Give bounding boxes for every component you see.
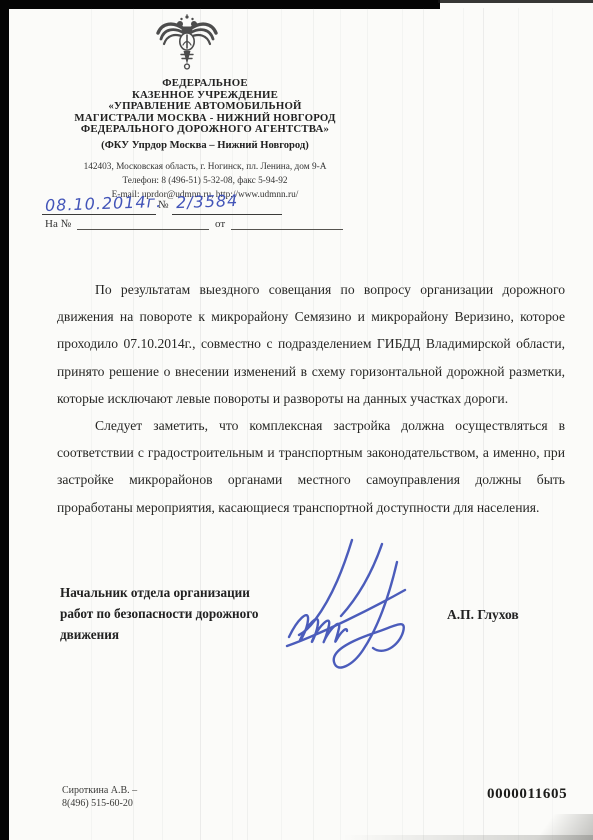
signer-position-title: Начальник отдела организации работ по бе… — [60, 582, 272, 645]
letter-body: По результатам выездного совещания по во… — [57, 276, 565, 521]
handwritten-date: 08.10.2014г. — [45, 192, 163, 215]
scanned-letter-page: { "document": { "emblem_name": "federal-… — [0, 0, 593, 840]
handwritten-outgoing-number: 2/3584 — [176, 191, 239, 212]
executor-name: Сироткина А.В. – — [62, 785, 137, 798]
reply-to-label: На № — [45, 218, 71, 230]
road-agency-eagle-emblem — [155, 14, 219, 72]
reply-number-underline — [77, 229, 209, 230]
scan-edge-left — [0, 0, 9, 840]
number-underline — [172, 214, 282, 215]
number-label: № — [158, 199, 169, 211]
registration-stamp-number: 0000011605 — [487, 786, 567, 803]
org-name-line: ФЕДЕРАЛЬНОЕ — [25, 78, 385, 90]
scan-shadow-bottom — [343, 835, 593, 840]
date-underline — [42, 214, 156, 215]
letterhead: ФЕДЕРАЛЬНОЕ КАЗЕННОЕ УЧРЕЖДЕНИЕ «УПРАВЛЕ… — [25, 14, 385, 202]
org-phone: Телефон: 8 (496-51) 5-32-08, факс 5-94-9… — [25, 174, 385, 188]
executor-contact: Сироткина А.В. – 8(496) 515-60-20 — [62, 785, 137, 810]
executor-phone: 8(496) 515-60-20 — [62, 798, 137, 811]
body-paragraph: По результатам выездного совещания по во… — [57, 276, 565, 412]
signer-name: А.П. Глухов — [447, 607, 519, 623]
handwritten-signature — [281, 538, 421, 683]
reply-from-label: от — [215, 218, 225, 230]
reply-date-underline — [231, 229, 343, 230]
org-address: 142403, Московская область, г. Ногинск, … — [25, 160, 385, 174]
scan-edge-top-right — [438, 0, 593, 3]
org-short-name: (ФКУ Упрдор Москва – Нижний Новгород) — [25, 140, 385, 151]
scan-edge-top — [0, 0, 440, 9]
org-name-line: ФЕДЕРАЛЬНОГО ДОРОЖНОГО АГЕНТСТВА» — [25, 124, 385, 136]
body-paragraph: Следует заметить, что комплексная застро… — [57, 412, 565, 521]
